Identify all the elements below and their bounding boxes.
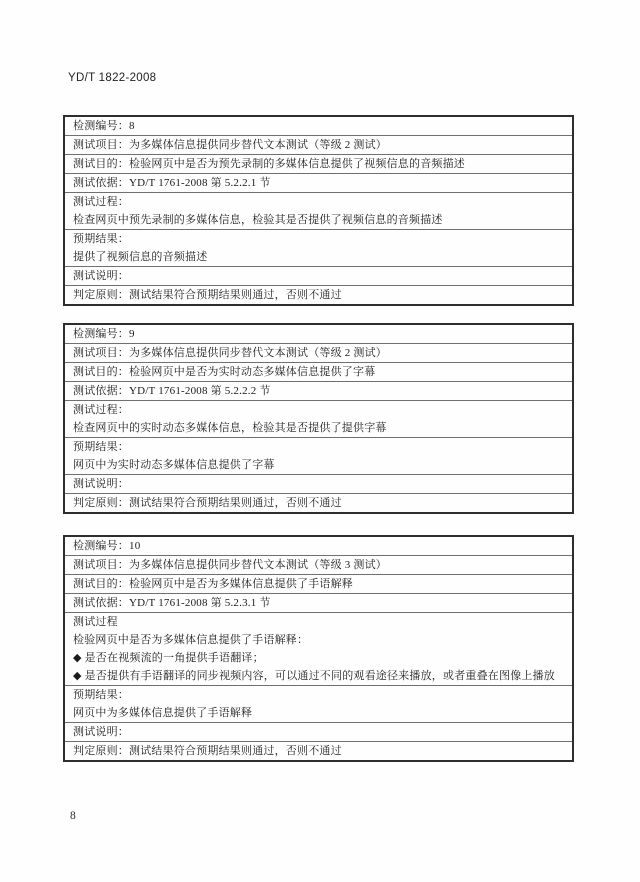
table-row: 测试说明： [65, 475, 572, 494]
table-row: 测试依据：YD/T 1761-2008 第 5.2.2.2 节 [65, 382, 572, 401]
row-line: 测试项目：为多媒体信息提供同步替代文本测试（等级 2 测试） [73, 136, 566, 154]
standard-code: YD/T 1822-2008 [68, 72, 156, 84]
page-content: 检测编号：8测试项目：为多媒体信息提供同步替代文本测试（等级 2 测试）测试目的… [63, 115, 574, 762]
row-line: 判定原则：测试结果符合预期结果则通过，否则不通过 [73, 494, 566, 512]
table-row: 测试目的：检验网页中是否为实时动态多媒体信息提供了字幕 [65, 363, 572, 382]
table-row: 测试依据：YD/T 1761-2008 第 5.2.2.1 节 [65, 174, 572, 193]
test-case-table-9: 检测编号：9测试项目：为多媒体信息提供同步替代文本测试（等级 2 测试）测试目的… [63, 323, 574, 514]
table-row: 测试项目：为多媒体信息提供同步替代文本测试（等级 2 测试） [65, 136, 572, 155]
table-row: 判定原则：测试结果符合预期结果则通过，否则不通过 [65, 742, 572, 760]
row-line: 网页中为实时动态多媒体信息提供了字幕 [73, 456, 566, 474]
row-line: 测试项目：为多媒体信息提供同步替代文本测试（等级 3 测试） [73, 556, 566, 574]
table-row: 测试目的：检验网页中是否为多媒体信息提供了手语解释 [65, 575, 572, 594]
row-line: 检测编号：10 [73, 537, 566, 555]
row-line: 测试过程： [73, 193, 566, 211]
row-line: 预期结果： [73, 230, 566, 248]
row-line: 测试依据：YD/T 1761-2008 第 5.2.2.1 节 [73, 174, 566, 192]
row-line: 测试目的：检验网页中是否为预先录制的多媒体信息提供了视频信息的音频描述 [73, 155, 566, 173]
row-line: 测试依据：YD/T 1761-2008 第 5.2.2.2 节 [73, 382, 566, 400]
table-row: 预期结果：提供了视频信息的音频描述 [65, 230, 572, 267]
table-row: 测试项目：为多媒体信息提供同步替代文本测试（等级 2 测试） [65, 344, 572, 363]
table-row: 测试说明： [65, 723, 572, 742]
test-case-table-8: 检测编号：8测试项目：为多媒体信息提供同步替代文本测试（等级 2 测试）测试目的… [63, 115, 574, 306]
table-row: 测试过程：检查网页中的实时动态多媒体信息，检验其是否提供了提供字幕 [65, 401, 572, 438]
table-row: 预期结果：网页中为多媒体信息提供了手语解释 [65, 686, 572, 723]
row-line: 测试目的：检验网页中是否为实时动态多媒体信息提供了字幕 [73, 363, 566, 381]
row-line: 提供了视频信息的音频描述 [73, 248, 566, 266]
row-line: 测试说明： [73, 723, 566, 741]
row-line: 检查网页中的实时动态多媒体信息，检验其是否提供了提供字幕 [73, 419, 566, 437]
row-line: 检测编号：9 [73, 325, 566, 343]
row-line: 预期结果： [73, 438, 566, 456]
table-row: 判定原则：测试结果符合预期结果则通过，否则不通过 [65, 494, 572, 512]
row-line: 测试过程： [73, 401, 566, 419]
test-case-table-10: 检测编号：10测试项目：为多媒体信息提供同步替代文本测试（等级 3 测试）测试目… [63, 535, 574, 762]
row-line: 测试过程 [73, 613, 566, 631]
table-row: 测试项目：为多媒体信息提供同步替代文本测试（等级 3 测试） [65, 556, 572, 575]
row-line: 检查网页中预先录制的多媒体信息，检验其是否提供了视频信息的音频描述 [73, 211, 566, 229]
table-row: 检测编号：10 [65, 537, 572, 556]
row-line: 测试项目：为多媒体信息提供同步替代文本测试（等级 2 测试） [73, 344, 566, 362]
table-row: 测试依据：YD/T 1761-2008 第 5.2.3.1 节 [65, 594, 572, 613]
page-number: 8 [70, 810, 76, 822]
table-row: 测试过程检验网页中是否为多媒体信息提供了手语解释：◆ 是否在视频流的一角提供手语… [65, 613, 572, 686]
row-line: 测试依据：YD/T 1761-2008 第 5.2.3.1 节 [73, 594, 566, 612]
row-line: 判定原则：测试结果符合预期结果则通过，否则不通过 [73, 286, 566, 304]
row-line: ◆ 是否提供有手语翻译的同步视频内容，可以通过不同的观看途径来播放，或者重叠在图… [73, 667, 566, 685]
row-line: 测试说明： [73, 475, 566, 493]
table-row: 判定原则：测试结果符合预期结果则通过，否则不通过 [65, 286, 572, 304]
row-line: 检验网页中是否为多媒体信息提供了手语解释： [73, 631, 566, 649]
table-row: 检测编号：8 [65, 117, 572, 136]
document-page: YD/T 1822-2008 检测编号：8测试项目：为多媒体信息提供同步替代文本… [0, 0, 640, 882]
table-row: 测试说明： [65, 267, 572, 286]
row-line: 预期结果： [73, 686, 566, 704]
row-line: 测试目的：检验网页中是否为多媒体信息提供了手语解释 [73, 575, 566, 593]
row-line: 检测编号：8 [73, 117, 566, 135]
table-row: 测试目的：检验网页中是否为预先录制的多媒体信息提供了视频信息的音频描述 [65, 155, 572, 174]
table-row: 预期结果：网页中为实时动态多媒体信息提供了字幕 [65, 438, 572, 475]
table-row: 检测编号：9 [65, 325, 572, 344]
row-line: 判定原则：测试结果符合预期结果则通过，否则不通过 [73, 742, 566, 760]
row-line: 网页中为多媒体信息提供了手语解释 [73, 704, 566, 722]
row-line: 测试说明： [73, 267, 566, 285]
row-line: ◆ 是否在视频流的一角提供手语翻译； [73, 649, 566, 667]
table-row: 测试过程：检查网页中预先录制的多媒体信息，检验其是否提供了视频信息的音频描述 [65, 193, 572, 230]
